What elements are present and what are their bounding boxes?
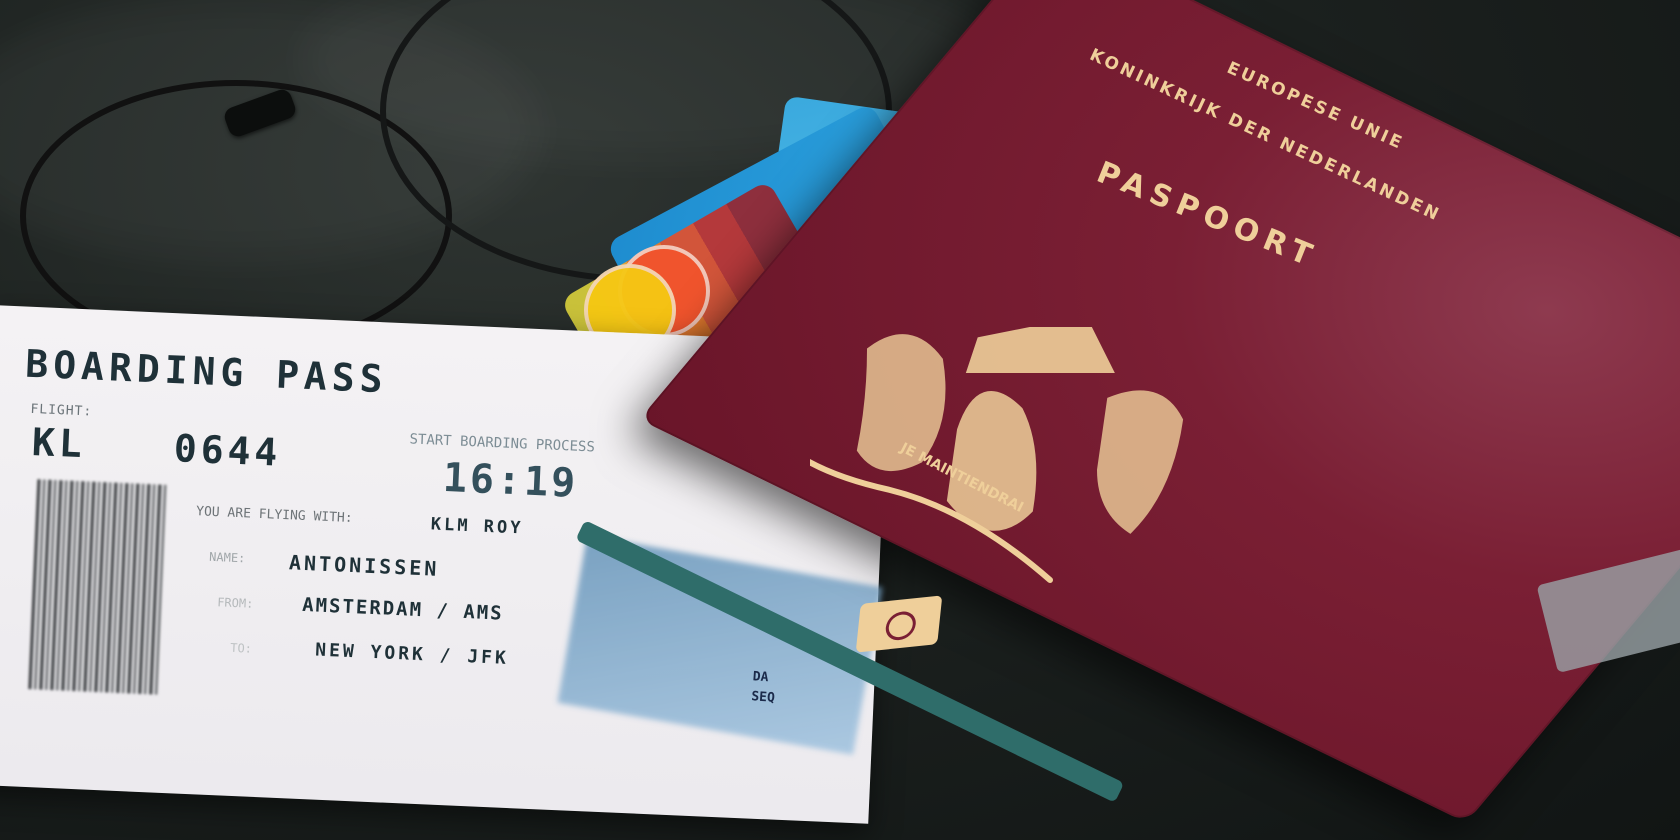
ticket-extra-lines: DA SEQ <box>751 667 777 709</box>
coat-of-arms-icon <box>810 310 1240 630</box>
name-label: NAME: <box>209 550 246 566</box>
destination: NEW YORK / JFK <box>315 640 509 669</box>
airline-name: KLM ROY <box>430 514 523 538</box>
to-label: TO: <box>230 641 252 656</box>
photo-scene: ))) BOARDING PASS FLIGHT: KL 0644 START … <box>0 0 1680 840</box>
flight-airline: KL <box>31 420 87 466</box>
barcode <box>28 479 167 694</box>
from-label: FROM: <box>217 595 254 611</box>
date-label: DA <box>752 667 777 689</box>
boarding-pass-title: BOARDING PASS <box>25 342 389 402</box>
boarding-label: START BOARDING PROCESS <box>409 431 595 455</box>
seq-label: SEQ <box>751 687 776 709</box>
flying-with-label: YOU ARE FLYING WITH: <box>196 504 353 526</box>
origin: AMSTERDAM / AMS <box>302 594 504 625</box>
boarding-time: 16:19 <box>442 455 579 507</box>
flight-number: 0644 <box>173 426 282 475</box>
passenger-name: ANTONISSEN <box>289 550 440 581</box>
flight-label: FLIGHT: <box>30 402 92 420</box>
biometric-chip-icon <box>856 595 943 652</box>
